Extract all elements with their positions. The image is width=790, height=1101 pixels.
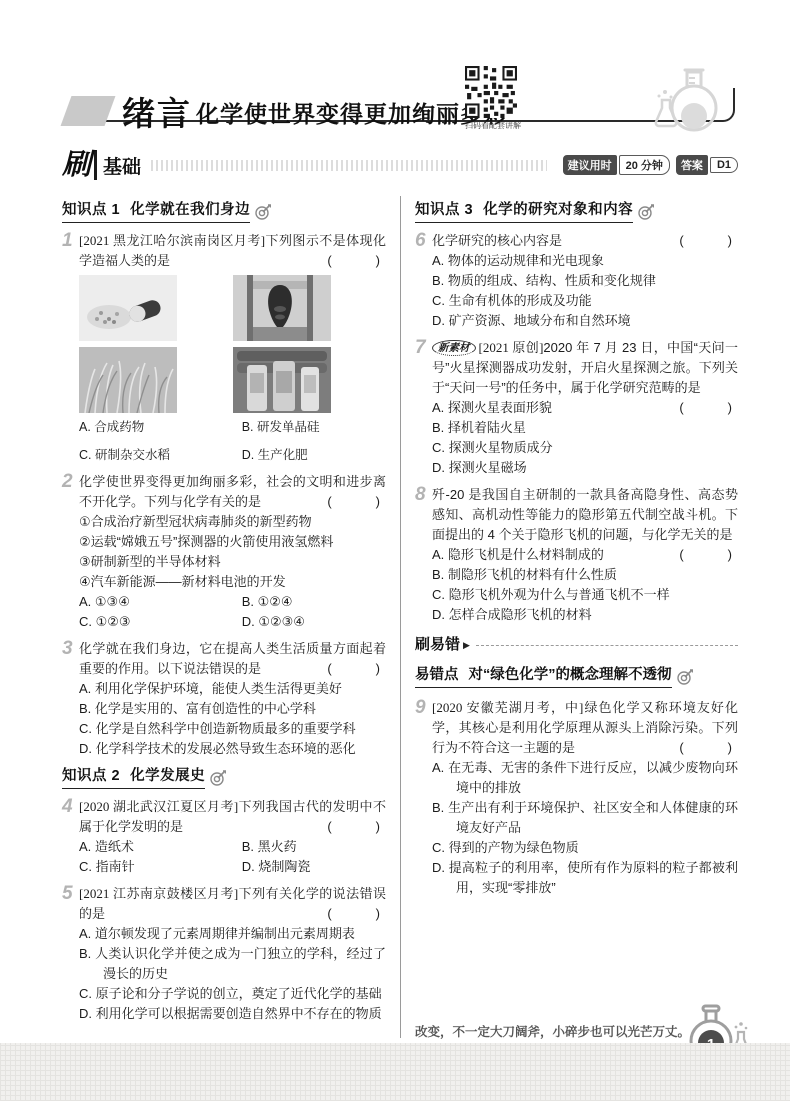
option-d: D. 烧制陶瓷 xyxy=(242,857,386,877)
option-d: D. 探测火星磁场 xyxy=(432,458,738,478)
question-8-stem: 歼-20 是我国自主研制的一款具备高隐身性、高态势感知、高机动性等能力的隐形第五… xyxy=(432,485,738,545)
question-9-answer-blank: ( ) xyxy=(679,738,738,758)
question-2-item-4: ④汽车新能源——新材料电池的开发 xyxy=(79,572,386,592)
answer-badge: 答案 D1 xyxy=(676,155,738,175)
question-2-item-2: ②运载“嫦娥五号”探测器的火箭使用液氢燃料 xyxy=(79,532,386,552)
question-6-number: 6 xyxy=(415,231,432,331)
question-5-cite: [2021 江苏南京鼓楼区月考] xyxy=(79,886,238,901)
qr-block: 扫码看配套讲解 xyxy=(465,66,519,131)
question-2: 2 化学使世界变得更加绚丽多彩，社会的文明和进步离不开化学。下列与化学有关的是(… xyxy=(62,472,386,632)
option-b: B. 生产出有利于环境保护、社区安全和人体健康的环境友好产品 xyxy=(432,798,738,838)
knowledge-point-2-heading: 知识点 2化学发展史 xyxy=(62,766,386,789)
question-3-answer-blank: ( ) xyxy=(327,659,386,679)
flask-decor-icon xyxy=(650,60,728,138)
section-band: 刷 基础 建议用时 20 分钟 答案 D1 xyxy=(62,148,738,182)
question-2-item-1: ①合成治疗新型冠状病毒肺炎的新型药物 xyxy=(79,512,386,532)
question-1: 1 [2021 黑龙江哈尔滨南岗区月考]下列图示不是体现化学造福人类的是( ) xyxy=(62,231,386,465)
knowledge-point-1-heading: 知识点 1化学就在我们身边 xyxy=(62,200,386,223)
question-4-cite: [2020 湖北武汉江夏区月考] xyxy=(79,799,238,814)
right-column: 知识点 3化学的研究对象和内容 6 化学研究的核心内容是( ) A. 物体的运动… xyxy=(400,196,738,1038)
option-d: D. 化学科学技术的发展必然导致生态环境的恶化 xyxy=(79,739,386,759)
photo-label-d: D. 生产化肥 xyxy=(242,445,386,465)
kp2-title: 化学发展史 xyxy=(130,768,205,784)
option-c: C. 生命有机体的形成及功能 xyxy=(432,291,738,311)
kp1-label: 知识点 1 xyxy=(62,202,120,218)
question-9-stem: [2020 安徽芜湖月考，中]绿色化学又称环境友好化学，其核心是利用化学原理从源… xyxy=(432,698,738,758)
question-9: 9 [2020 安徽芜湖月考，中]绿色化学又称环境友好化学，其核心是利用化学原理… xyxy=(415,698,738,898)
dart-target-icon xyxy=(210,770,226,786)
option-c: C. 指南针 xyxy=(79,857,242,877)
knowledge-point-3-heading: 知识点 3化学的研究对象和内容 xyxy=(415,200,738,223)
option-a: A. ①③④ xyxy=(79,592,242,612)
option-b: B. 人类认识化学并使之成为一门独立的学科，经过了漫长的历史 xyxy=(79,944,386,984)
option-d: D. 矿产资源、地域分布和自然环境 xyxy=(432,311,738,331)
photo-label-b: B. 研发单晶硅 xyxy=(242,417,386,437)
error-point-heading: 易错点对“绿色化学”的概念理解不透彻 xyxy=(415,665,738,688)
photo-fertilizer xyxy=(233,347,387,413)
option-a: A. 利用化学保护环境，能使人类生活得更美好 xyxy=(79,679,386,699)
option-d: D. 提高粒子的利用率，使所有作为原料的粒子都被利用，实现“零排放” xyxy=(432,858,738,898)
question-6-stem: 化学研究的核心内容是( ) xyxy=(432,231,738,251)
error-point-title: 对“绿色化学”的概念理解不透彻 xyxy=(469,667,672,683)
option-b: B. 化学是实用的、富有创造性的中心学科 xyxy=(79,699,386,719)
question-4-stem: [2020 湖北武汉江夏区月考]下列我国古代的发明中不属于化学发明的是( ) xyxy=(79,797,386,837)
question-8-answer-blank: ( ) xyxy=(679,545,738,565)
suggested-time-label: 建议用时 xyxy=(563,155,617,175)
suggested-time-value: 20 分钟 xyxy=(619,155,670,175)
question-1-number: 1 xyxy=(62,231,79,465)
question-1-stem: [2021 黑龙江哈尔滨南岗区月考]下列图示不是体现化学造福人类的是( ) xyxy=(79,231,386,271)
dart-target-icon xyxy=(677,669,693,685)
kp3-title: 化学的研究对象和内容 xyxy=(483,202,633,218)
option-c: C. 探测火星物质成分 xyxy=(432,438,738,458)
question-2-stem: 化学使世界变得更加绚丽多彩，社会的文明和进步离不开化学。下列与化学有关的是( ) xyxy=(79,472,386,512)
question-3-number: 3 xyxy=(62,639,79,759)
question-7: 7 新素材[2021 原创]2020 年 7 月 23 日，中国“天问一号”火星… xyxy=(415,338,738,478)
qr-code-icon xyxy=(465,66,517,118)
question-7-number: 7 xyxy=(415,338,432,478)
question-4: 4 [2020 湖北武汉江夏区月考]下列我国古代的发明中不属于化学发明的是( )… xyxy=(62,797,386,877)
question-1-cite: [2021 黑龙江哈尔滨南岗区月考] xyxy=(79,233,265,248)
option-b: B. ①②④ xyxy=(242,592,386,612)
option-c: C. 原子论和分子学说的创立，奠定了近代化学的基础 xyxy=(79,984,386,1004)
question-7-answer-blank: ( ) xyxy=(679,398,738,418)
question-5-stem: [2021 江苏南京鼓楼区月考]下列有关化学的说法错误的是( ) xyxy=(79,884,386,924)
brand-logo: 刷 xyxy=(62,150,97,180)
question-5-answer-blank: ( ) xyxy=(327,904,386,924)
error-practice-band: 刷易错 ▶ xyxy=(415,635,738,655)
option-b: B. 物质的组成、结构、性质和变化规律 xyxy=(432,271,738,291)
left-column: 知识点 1化学就在我们身边 1 [2021 黑龙江哈尔滨南岗区月考]下列图示不是… xyxy=(62,196,400,1038)
question-4-options: A. 造纸术 B. 黑火药 C. 指南针 D. 烧制陶瓷 xyxy=(79,837,386,877)
section-band-label: 基础 xyxy=(103,152,141,179)
photo-label-c: C. 研制杂交水稻 xyxy=(79,445,242,465)
option-c: C. 得到的产物为绿色物质 xyxy=(432,838,738,858)
pills-photo xyxy=(79,275,177,341)
content-columns: 知识点 1化学就在我们身边 1 [2021 黑龙江哈尔滨南岗区月考]下列图示不是… xyxy=(62,196,738,1038)
kp1-title: 化学就在我们身边 xyxy=(130,202,250,218)
option-c: C. 化学是自然科学中创造新物质最多的重要学科 xyxy=(79,719,386,739)
lesson-label: 绪言 xyxy=(122,88,192,135)
workbook-page: 绪言 化学使世界变得更加绚丽多彩 扫码看配套讲解 xyxy=(0,0,790,1101)
question-2-options: A. ①③④ B. ①②④ C. ①②③ D. ①②③④ xyxy=(79,592,386,632)
question-6: 6 化学研究的核心内容是( ) A. 物体的运动规律和光电现象 B. 物质的组成… xyxy=(415,231,738,331)
kp3-label: 知识点 3 xyxy=(415,202,473,218)
question-7-stem: 新素材[2021 原创]2020 年 7 月 23 日，中国“天问一号”火星探测… xyxy=(432,338,738,398)
question-3: 3 化学就在我们身边，它在提高人类生活质量方面起着重要的作用。以下说法错误的是(… xyxy=(62,639,386,759)
footer-motto: 改变，不一定大刀阔斧，小碎步也可以光芒万丈。 xyxy=(415,1022,690,1040)
option-c: C. ①②③ xyxy=(79,612,242,632)
question-5: 5 [2021 江苏南京鼓楼区月考]下列有关化学的说法错误的是( ) A. 道尔… xyxy=(62,884,386,1024)
question-1-photo-labels-row2: C. 研制杂交水稻 D. 生产化肥 xyxy=(79,443,386,465)
option-d: D. 利用化学可以根据需要创造自然界中不存在的物质 xyxy=(79,1004,386,1024)
option-b: B. 制隐形飞机的材料有什么性质 xyxy=(432,565,738,585)
suggested-time-badge: 建议用时 20 分钟 xyxy=(563,155,670,175)
question-4-answer-blank: ( ) xyxy=(327,817,386,837)
silicon-ingot-photo xyxy=(233,275,331,341)
question-8: 8 歼-20 是我国自主研制的一款具备高隐身性、高态势感知、高机动性等能力的隐形… xyxy=(415,485,738,625)
question-8-number: 8 xyxy=(415,485,432,625)
error-band-label: 刷易错 xyxy=(415,635,460,655)
fertilizer-bags-photo xyxy=(233,347,331,413)
option-a: A. 造纸术 xyxy=(79,837,242,857)
option-a: A. 在无毒、无害的条件下进行反应，以减少废物向环境中的排放 xyxy=(432,758,738,798)
option-b: B. 择机着陆火星 xyxy=(432,418,738,438)
triangle-right-icon: ▶ xyxy=(463,635,470,655)
page-header: 绪言 化学使世界变得更加绚丽多彩 扫码看配套讲解 xyxy=(0,0,790,145)
option-a: A. 物体的运动规律和光电现象 xyxy=(432,251,738,271)
dart-target-icon xyxy=(255,204,271,220)
kp2-label: 知识点 2 xyxy=(62,768,120,784)
question-5-number: 5 xyxy=(62,884,79,1024)
question-2-item-3: ③研制新型的半导体材料 xyxy=(79,552,386,572)
question-1-answer-blank: ( ) xyxy=(327,251,386,271)
question-7-cite: [2021 原创] xyxy=(479,340,544,355)
question-9-number: 9 xyxy=(415,698,432,898)
bottom-grid-strip xyxy=(0,1043,790,1101)
option-d: D. ①②③④ xyxy=(242,612,386,632)
spacer xyxy=(79,359,242,443)
dart-target-icon xyxy=(638,204,654,220)
photo-monocrystal-silicon xyxy=(233,275,387,341)
question-6-answer-blank: ( ) xyxy=(679,231,738,251)
question-3-stem: 化学就在我们身边，它在提高人类生活质量方面起着重要的作用。以下说法错误的是( ) xyxy=(79,639,386,679)
question-9-cite: [2020 安徽芜湖月考，中] xyxy=(432,700,583,715)
answer-value: D1 xyxy=(710,157,738,173)
question-4-number: 4 xyxy=(62,797,79,877)
option-b: B. 黑火药 xyxy=(242,837,386,857)
question-2-answer-blank: ( ) xyxy=(327,492,386,512)
lesson-title: 化学使世界变得更加绚丽多彩 xyxy=(196,96,508,129)
new-material-badge: 新素材 xyxy=(432,340,476,356)
error-point-label: 易错点 xyxy=(415,667,459,683)
answer-label: 答案 xyxy=(676,155,708,175)
band-dotted-filler xyxy=(151,160,547,171)
option-c: C. 隐形飞机外观为什么与普通飞机不一样 xyxy=(432,585,738,605)
qr-caption: 扫码看配套讲解 xyxy=(465,120,519,131)
question-2-number: 2 xyxy=(62,472,79,632)
dashed-rule xyxy=(476,645,738,646)
option-d: D. 怎样合成隐形飞机的材料 xyxy=(432,605,738,625)
option-a: A. 道尔顿发现了元素周期律并编制出元素周期表 xyxy=(79,924,386,944)
photo-synthetic-drugs xyxy=(79,275,233,341)
